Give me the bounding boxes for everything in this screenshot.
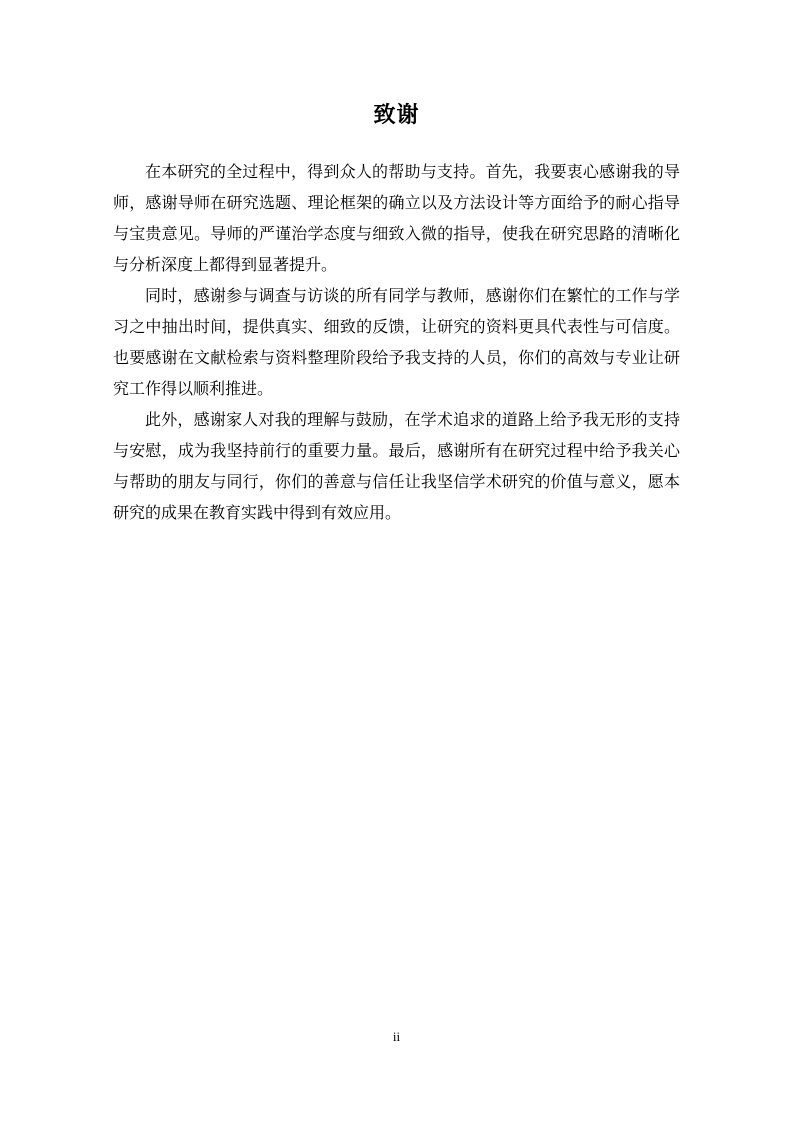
page-title: 致谢 — [113, 99, 680, 130]
page-content: 致谢 在本研究的全过程中，得到众人的帮助与支持。首先，我要衷心感谢我的导师，感谢… — [113, 99, 680, 529]
page-number: ii — [0, 1029, 793, 1045]
paragraph-participants-thanks: 同时，感谢参与调查与访谈的所有同学与教师，感谢你们在繁忙的工作与学习之中抽出时间… — [113, 281, 680, 405]
paragraph-advisor-thanks: 在本研究的全过程中，得到众人的帮助与支持。首先，我要衷心感谢我的导师，感谢导师在… — [113, 157, 680, 281]
paragraph-family-friends-thanks: 此外，感谢家人对我的理解与鼓励，在学术追求的道路上给予我无形的支持与安慰，成为我… — [113, 405, 680, 529]
document-page: 致谢 在本研究的全过程中，得到众人的帮助与支持。首先，我要衷心感谢我的导师，感谢… — [0, 0, 793, 1122]
